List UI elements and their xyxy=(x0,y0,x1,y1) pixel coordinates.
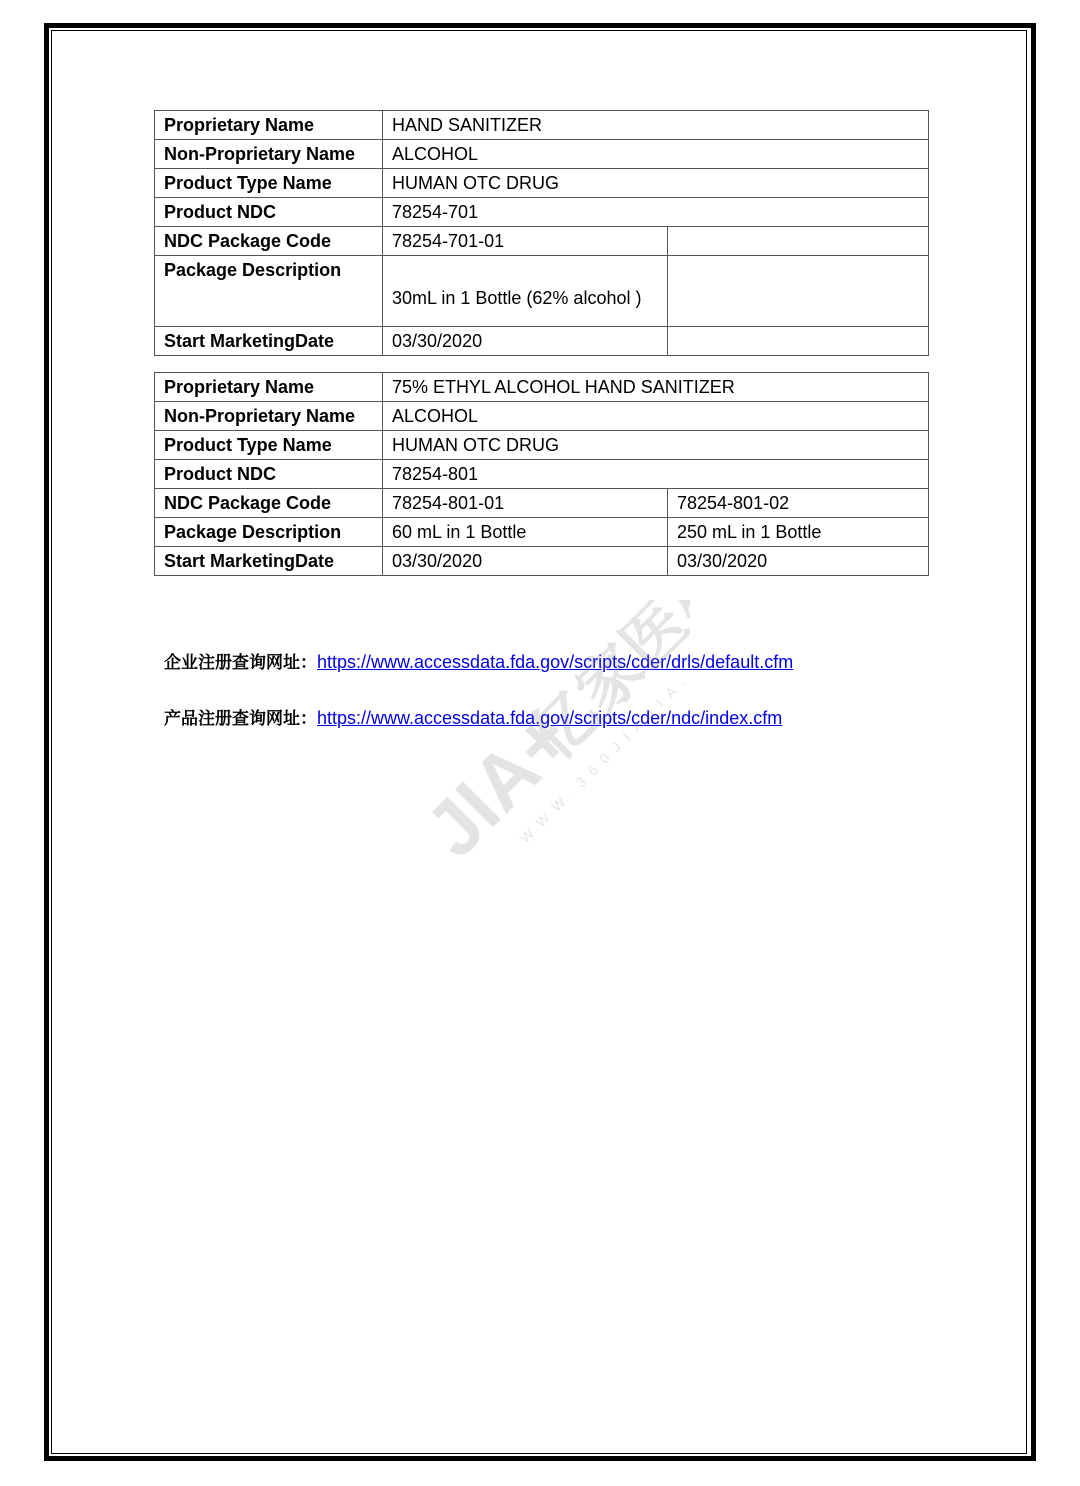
field-value: 78254-701-01 xyxy=(383,227,668,256)
product-registration-label: 产品注册查询网址： xyxy=(164,709,317,729)
field-value: 03/30/2020 xyxy=(383,327,668,356)
company-registration-label: 企业注册查询网址： xyxy=(164,653,317,673)
product-registration-link[interactable]: https://www.accessdata.fda.gov/scripts/c… xyxy=(317,708,782,728)
field-value: 60 mL in 1 Bottle xyxy=(383,518,668,547)
field-value: 75% ETHYL ALCOHOL HAND SANITIZER xyxy=(383,373,929,402)
table-row: Proprietary Name75% ETHYL ALCOHOL HAND S… xyxy=(155,373,929,402)
field-value: 30mL in 1 Bottle (62% alcohol ) xyxy=(383,256,668,327)
field-label: Non-Proprietary Name xyxy=(155,402,383,431)
field-label: Product NDC xyxy=(155,460,383,489)
field-label: Non-Proprietary Name xyxy=(155,140,383,169)
field-label: Package Description xyxy=(155,518,383,547)
field-value: HAND SANITIZER xyxy=(383,111,929,140)
field-label: Product Type Name xyxy=(155,169,383,198)
table-row: Start MarketingDate03/30/202003/30/2020 xyxy=(155,547,929,576)
table-row: Non-Proprietary NameALCOHOL xyxy=(155,402,929,431)
field-value: HUMAN OTC DRUG xyxy=(383,431,929,460)
product-table-hand-sanitizer: Proprietary NameHAND SANITIZERNon-Propri… xyxy=(154,110,929,356)
field-label: Product Type Name xyxy=(155,431,383,460)
table-row: NDC Package Code78254-701-01 xyxy=(155,227,929,256)
field-label: Proprietary Name xyxy=(155,373,383,402)
field-value: ALCOHOL xyxy=(383,140,929,169)
field-value: HUMAN OTC DRUG xyxy=(383,169,929,198)
product-registration-link-line: 产品注册查询网址：https://www.accessdata.fda.gov/… xyxy=(164,706,782,731)
field-label: Product NDC xyxy=(155,198,383,227)
company-registration-link[interactable]: https://www.accessdata.fda.gov/scripts/c… xyxy=(317,652,793,672)
table-row: Package Description60 mL in 1 Bottle250 … xyxy=(155,518,929,547)
table-row: NDC Package Code78254-801-0178254-801-02 xyxy=(155,489,929,518)
table-row: Package Description30mL in 1 Bottle (62%… xyxy=(155,256,929,327)
product-table-ethyl-alcohol-sanitizer: Proprietary Name75% ETHYL ALCOHOL HAND S… xyxy=(154,372,929,576)
field-label: NDC Package Code xyxy=(155,227,383,256)
field-value: 78254-801 xyxy=(383,460,929,489)
field-value xyxy=(668,327,929,356)
table-row: Proprietary NameHAND SANITIZER xyxy=(155,111,929,140)
field-label: NDC Package Code xyxy=(155,489,383,518)
field-value: 78254-801-02 xyxy=(668,489,929,518)
field-value: 03/30/2020 xyxy=(668,547,929,576)
field-value: 78254-701 xyxy=(383,198,929,227)
field-label: Proprietary Name xyxy=(155,111,383,140)
field-value: 250 mL in 1 Bottle xyxy=(668,518,929,547)
table-row: Product Type NameHUMAN OTC DRUG xyxy=(155,169,929,198)
field-value: ALCOHOL xyxy=(383,402,929,431)
company-registration-link-line: 企业注册查询网址：https://www.accessdata.fda.gov/… xyxy=(164,650,793,675)
field-value: 03/30/2020 xyxy=(383,547,668,576)
table-row: Non-Proprietary NameALCOHOL xyxy=(155,140,929,169)
field-label: Package Description xyxy=(155,256,383,327)
field-value: 78254-801-01 xyxy=(383,489,668,518)
field-label: Start MarketingDate xyxy=(155,327,383,356)
table-row: Product NDC78254-701 xyxy=(155,198,929,227)
field-value xyxy=(668,256,929,327)
table-row: Product NDC78254-801 xyxy=(155,460,929,489)
field-value xyxy=(668,227,929,256)
table-row: Start MarketingDate03/30/2020 xyxy=(155,327,929,356)
table-row: Product Type NameHUMAN OTC DRUG xyxy=(155,431,929,460)
field-label: Start MarketingDate xyxy=(155,547,383,576)
